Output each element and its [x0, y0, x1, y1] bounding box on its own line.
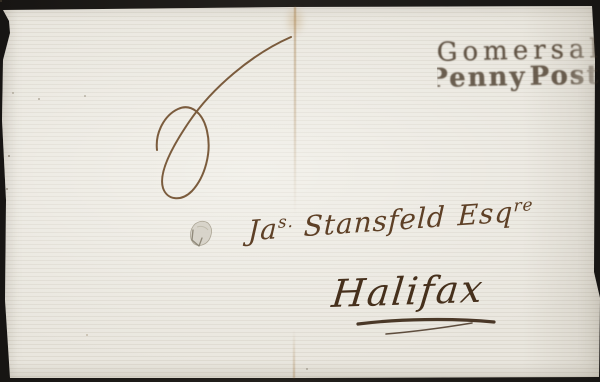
scan-background: Gomersal Penny Post Jas.StansfeldEsqre H…: [0, 0, 600, 382]
embossed-seal-icon: [186, 218, 216, 252]
paper-specks: [0, 0, 2, 2]
honorific-superscript: re: [513, 194, 534, 215]
town-underline-flourish: [352, 314, 502, 338]
penny-post-handstamp: Gomersal Penny Post: [436, 34, 600, 93]
address-town-line: Halifax: [330, 267, 487, 317]
honorific: Esq: [457, 196, 514, 233]
handstamp-pennypost-line: Penny Post: [428, 60, 600, 94]
recipient-abbrev: Ja: [247, 212, 278, 247]
manuscript-rate-mark-6: [140, 30, 310, 215]
fold-crease-bottom: [293, 330, 295, 378]
recipient-abbrev-superscript: s.: [278, 211, 295, 232]
